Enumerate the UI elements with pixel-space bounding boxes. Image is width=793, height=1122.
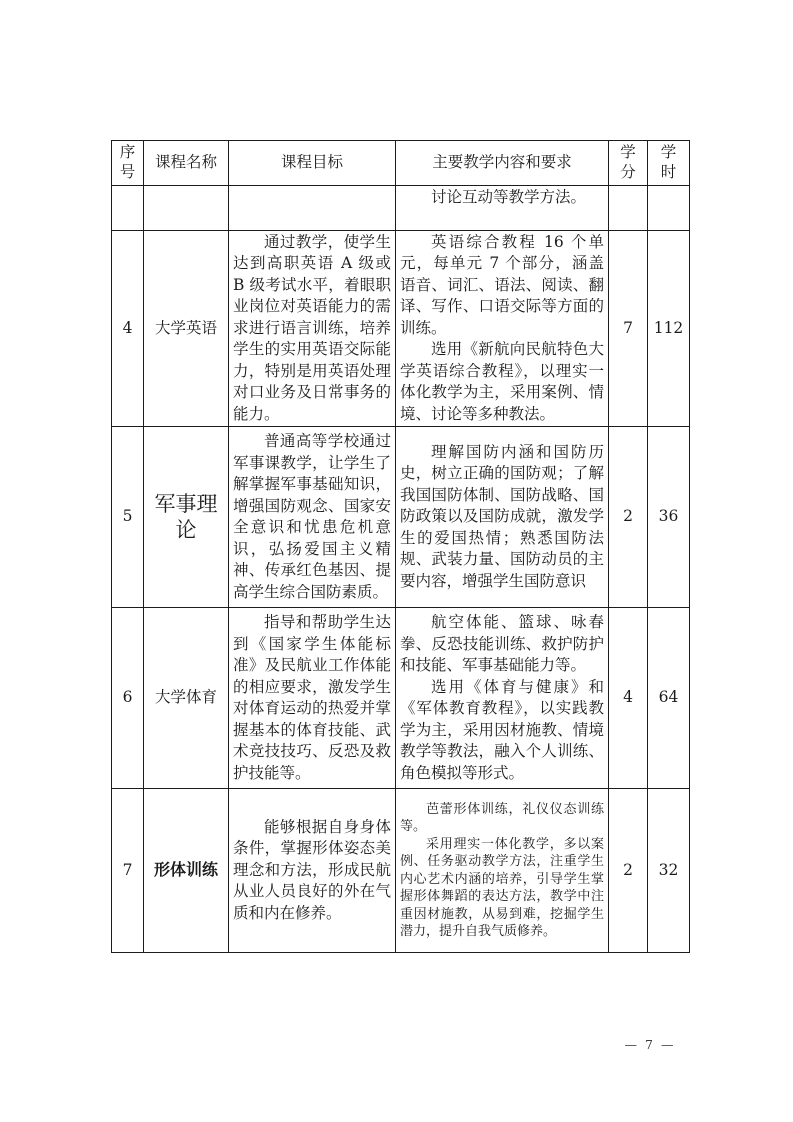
cell-credits: 7 xyxy=(609,230,648,427)
carryover-row: 讨论互动等教学方法。 xyxy=(112,185,690,230)
content-paragraph: 选用《体育与健康》和《军体教育教程》，以实践教学为主，采用因材施教、情境教学等教… xyxy=(400,677,604,785)
objectives-text: 能够根据自身身体条件，掌握形体姿态美理念和方法，形成民航从业人员良好的外在气质和… xyxy=(233,817,391,925)
cell-objectives: 能够根据自身身体条件，掌握形体姿态美理念和方法，形成民航从业人员良好的外在气质和… xyxy=(229,789,396,953)
column-header-credits-label: 学分 xyxy=(620,142,636,182)
cell-objectives: 通过教学，使学生达到高职英语 A 级或 B 级考试水平，着眼职业岗位对英语能力的… xyxy=(229,230,396,427)
document-page: 序号 课程名称 课程目标 主要教学内容和要求 学分 学时 讨论互动等教学方法。 … xyxy=(0,0,793,1122)
table-row-course-6: 6 大学体育 指导和帮助学生达到《国家学生体能标准》及民航业工作体能的相应要求，… xyxy=(112,608,690,789)
column-header-content-label: 主要教学内容和要求 xyxy=(432,153,572,171)
cell-credits: 2 xyxy=(609,427,648,608)
curriculum-table: 序号 课程名称 课程目标 主要教学内容和要求 学分 学时 讨论互动等教学方法。 … xyxy=(111,140,690,953)
cell-objectives: 普通高等学校通过军事课教学，让学生了解掌握军事基础知识，增强国防观念、国家安全意… xyxy=(229,427,396,608)
carryover-cell-name xyxy=(144,185,229,230)
cell-credits: 4 xyxy=(609,608,648,789)
carryover-content-text: 讨论互动等教学方法。 xyxy=(400,187,604,209)
cell-course-name: 军事理论 xyxy=(144,427,229,608)
column-header-no-label: 序号 xyxy=(119,142,135,182)
objectives-text: 通过教学，使学生达到高职英语 A 级或 B 级考试水平，着眼职业岗位对英语能力的… xyxy=(233,232,391,426)
objectives-text: 普通高等学校通过军事课教学，让学生了解掌握军事基础知识，增强国防观念、国家安全意… xyxy=(233,431,391,603)
content-paragraph: 航空体能、篮球、咏春拳、反恐技能训练、救护防护和技能、军事基础能力等。 xyxy=(400,612,604,677)
table-row-course-7: 7 形体训练 能够根据自身身体条件，掌握形体姿态美理念和方法，形成民航从业人员良… xyxy=(112,789,690,953)
cell-credits: 2 xyxy=(609,789,648,953)
table-row-course-5: 5 军事理论 普通高等学校通过军事课教学，让学生了解掌握军事基础知识，增强国防观… xyxy=(112,427,690,608)
cell-hours: 112 xyxy=(648,230,690,427)
cell-content: 芭蕾形体训练，礼仪仪态训练等。 采用理实一体化教学，多以案例、任务驱动教学方法，… xyxy=(396,789,609,953)
column-header-hours-label: 学时 xyxy=(660,142,676,182)
cell-course-name: 形体训练 xyxy=(144,789,229,953)
carryover-cell-credits xyxy=(609,185,648,230)
column-header-content: 主要教学内容和要求 xyxy=(396,141,609,186)
content-paragraph: 芭蕾形体训练，礼仪仪态训练等。 xyxy=(400,801,604,836)
cell-objectives: 指导和帮助学生达到《国家学生体能标准》及民航业工作体能的相应要求，激发学生对体育… xyxy=(229,608,396,789)
carryover-cell-hours xyxy=(648,185,690,230)
cell-hours: 36 xyxy=(648,427,690,608)
table-row-course-4: 4 大学英语 通过教学，使学生达到高职英语 A 级或 B 级考试水平，着眼职业岗… xyxy=(112,230,690,427)
cell-content: 理解国防内涵和国防历史，树立正确的国防观；了解我国国防体制、国防战略、国防政策以… xyxy=(396,427,609,608)
cell-no: 6 xyxy=(112,608,144,789)
content-paragraph: 理解国防内涵和国防历史，树立正确的国防观；了解我国国防体制、国防战略、国防政策以… xyxy=(400,442,604,593)
cell-content: 航空体能、篮球、咏春拳、反恐技能训练、救护防护和技能、军事基础能力等。 选用《体… xyxy=(396,608,609,789)
cell-course-name: 大学体育 xyxy=(144,608,229,789)
content-paragraph: 选用《新航向民航特色大学英语综合教程》，以理实一体化教学为主，采用案例、情境、讨… xyxy=(400,339,604,425)
column-header-course-name-label: 课程名称 xyxy=(155,153,217,171)
course-name-text: 形体训练 xyxy=(154,860,218,879)
column-header-hours: 学时 xyxy=(648,141,690,186)
column-header-course-name: 课程名称 xyxy=(144,141,229,186)
carryover-cell-objectives xyxy=(229,185,396,230)
content-paragraph: 英语综合教程 16 个单元，每单元 7 个部分，涵盖语音、词汇、语法、阅读、翻译… xyxy=(400,232,604,340)
cell-content: 英语综合教程 16 个单元，每单元 7 个部分，涵盖语音、词汇、语法、阅读、翻译… xyxy=(396,230,609,427)
course-name-text: 军事理论 xyxy=(155,492,218,543)
cell-hours: 32 xyxy=(648,789,690,953)
column-header-objectives-label: 课程目标 xyxy=(281,153,343,171)
cell-no: 4 xyxy=(112,230,144,427)
column-header-objectives: 课程目标 xyxy=(229,141,396,186)
table-header-row: 序号 课程名称 课程目标 主要教学内容和要求 学分 学时 xyxy=(112,141,690,186)
carryover-cell-content: 讨论互动等教学方法。 xyxy=(396,185,609,230)
column-header-no: 序号 xyxy=(112,141,144,186)
column-header-credits: 学分 xyxy=(609,141,648,186)
page-number: — 7 — xyxy=(598,1037,702,1052)
cell-course-name: 大学英语 xyxy=(144,230,229,427)
carryover-cell-no xyxy=(112,185,144,230)
cell-hours: 64 xyxy=(648,608,690,789)
content-paragraph: 采用理实一体化教学，多以案例、任务驱动教学方法，注重学生内心艺术内涵的培养，引导… xyxy=(400,836,604,941)
cell-no: 7 xyxy=(112,789,144,953)
objectives-text: 指导和帮助学生达到《国家学生体能标准》及民航业工作体能的相应要求，激发学生对体育… xyxy=(233,612,391,784)
cell-no: 5 xyxy=(112,427,144,608)
